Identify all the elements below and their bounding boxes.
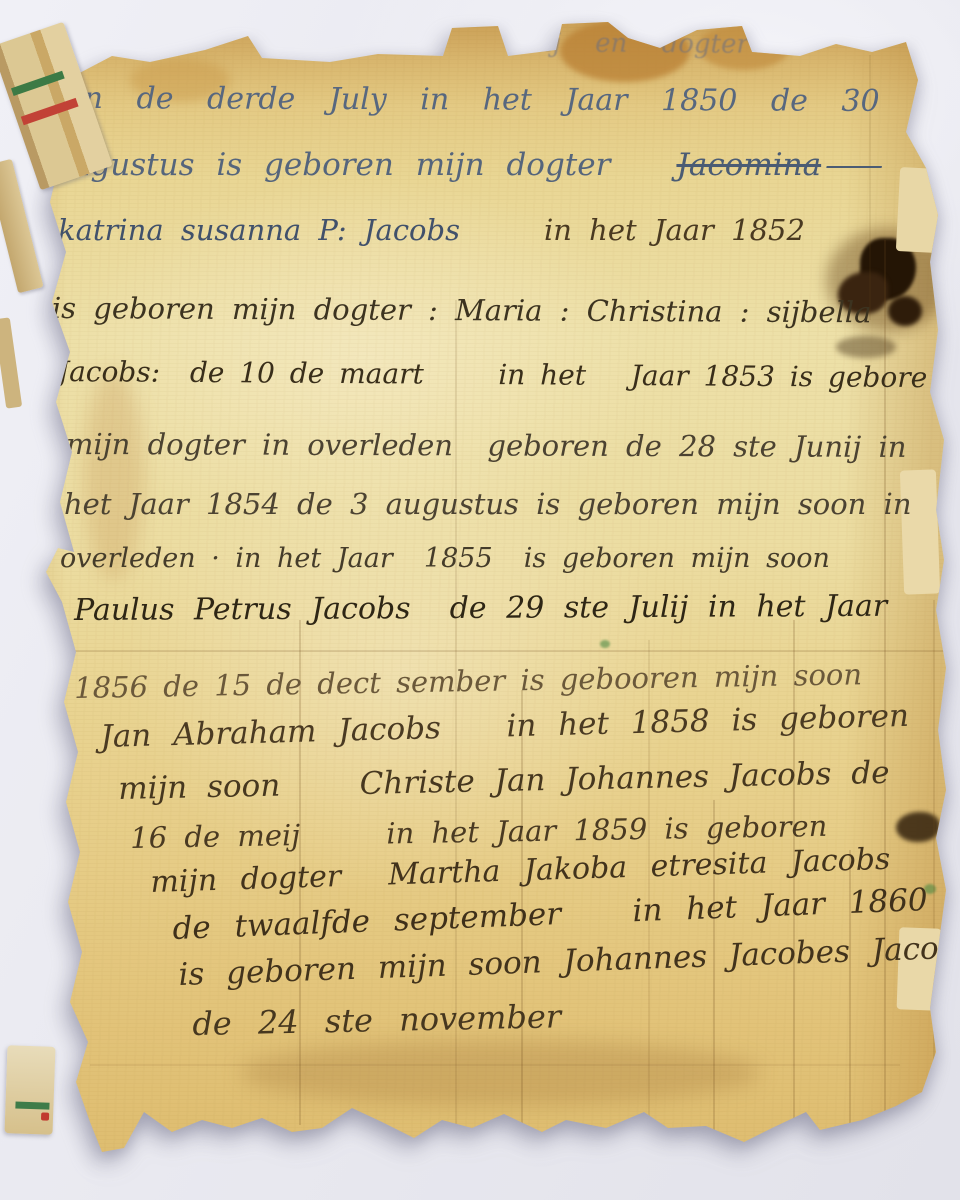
crease-horizontal	[55, 650, 945, 652]
line-text-year: in het Jaar 1852	[544, 213, 805, 247]
paper-shadow: mij en dogter en de derde July in het Ja…	[0, 0, 960, 1200]
manuscript-paper: mij en dogter en de derde July in het Ja…	[0, 0, 960, 1200]
handwritten-line: Jacobs: de 10 de maart in het Jaar 1853 …	[58, 358, 928, 392]
handwritten-line: mijn dogter in overleden geboren de 28 s…	[66, 430, 907, 462]
handwritten-line: is geboren mijn dogter : Maria : Christi…	[52, 294, 872, 327]
smudge-right-edge	[836, 336, 896, 358]
line-text: augustus is geboren mijn dogter	[52, 147, 610, 183]
crease-vertical	[933, 600, 935, 1090]
photo-background: mij en dogter en de derde July in het Ja…	[0, 0, 960, 1200]
strike-dash: ——	[825, 147, 879, 183]
handwritten-line: augustus is geboren mijn dogterJacomina—…	[52, 150, 879, 181]
red-dot	[41, 1112, 49, 1120]
handwritten-line: katrina susanna P: Jacobsin het Jaar 185…	[58, 216, 805, 245]
handwritten-line: overleden · in het Jaar 1855 is geboren …	[60, 545, 830, 572]
handwritten-line-fragment: mij en dogter	[520, 30, 749, 58]
handwritten-line: Paulus Petrus Jacobs de 29 ste Julij in …	[74, 592, 887, 626]
stain-bottom-band	[240, 1040, 760, 1106]
struck-out-name: Jacomina	[676, 147, 821, 183]
red-stripe	[21, 98, 79, 125]
ink-blot-drip	[888, 296, 922, 326]
spot-left-edge	[26, 664, 50, 696]
green-stripe	[11, 71, 65, 96]
line-text: katrina susanna P: Jacobs	[58, 213, 460, 247]
green-stripe	[15, 1102, 49, 1110]
handwritten-line: en de derde July in het Jaar 1850 de 30 …	[66, 84, 931, 117]
handwritten-line: de 24 ste november	[192, 1000, 561, 1040]
crease-horizontal	[90, 1064, 900, 1066]
green-speck-center	[600, 640, 610, 648]
handwritten-line: het Jaar 1854 de 3 augustus is geboren m…	[64, 490, 912, 519]
torn-fragment-bottom-left	[4, 1045, 55, 1135]
torn-flap-right-upper	[896, 167, 940, 253]
